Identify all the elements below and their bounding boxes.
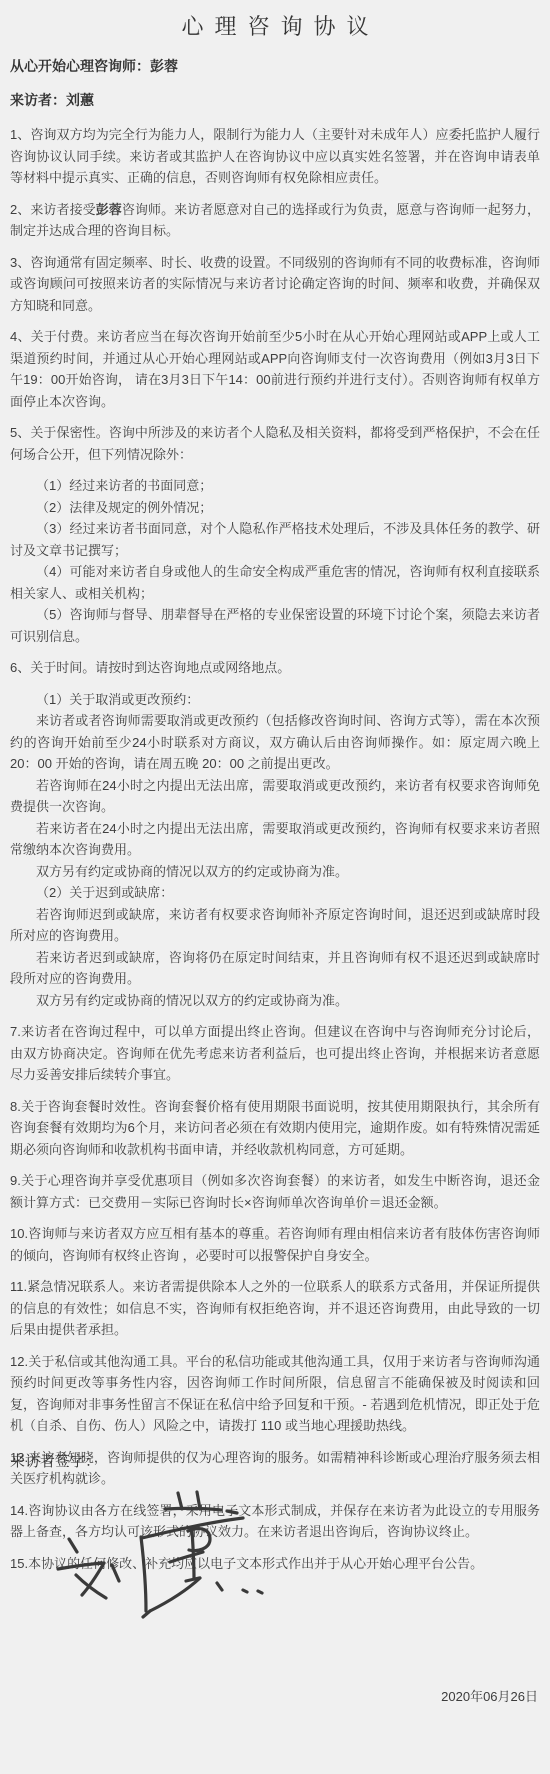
page-title: 心理咨询协议 xyxy=(10,10,540,41)
clause-paragraph: （1）关于取消或更改预约： xyxy=(10,689,540,711)
visitor-label: 来访者： xyxy=(10,92,66,108)
visitor-name: 刘蕙 xyxy=(66,92,94,108)
clause-paragraph: （3）经过来访者书面同意，对个人隐私作严格技术处理后，不涉及具体任务的教学、研讨… xyxy=(10,518,540,561)
visitor-line: 来访者：刘蕙 xyxy=(10,91,540,111)
clause-paragraph: （5）咨询师与督导、朋辈督导在严格的专业保密设置的环境下讨论个案，须隐去来访者可… xyxy=(10,604,540,647)
signature-label: 来访者签字： xyxy=(10,1450,100,1471)
clause-paragraph: （2）关于迟到或缺席： xyxy=(10,882,540,904)
clause-paragraph: 来访者或者咨询师需要取消或更改预约（包括修改咨询时间、咨询方式等），需在本次预约… xyxy=(10,710,540,775)
clause-paragraph: 6、关于时间。请按时到达咨询地点或网络地点。 xyxy=(10,657,540,679)
clause-paragraph: 12.关于私信或其他沟通工具。平台的私信功能或其他沟通工具，仅用于来访者与咨询师… xyxy=(10,1351,540,1437)
clause-paragraph: 5、关于保密性。咨询中所涉及的来访者个人隐私及相关资料，都将受到严格保护，不会在… xyxy=(10,422,540,465)
clause-paragraph: 若来访者在24小时之内提出无法出席，需要取消或更改预约，咨询师有权要求来访者照常… xyxy=(10,818,540,861)
clause-paragraph: 双方另有约定或协商的情况以双方的约定或协商为准。 xyxy=(10,861,540,883)
clause-paragraph: 1、咨询双方均为完全行为能力人，限制行为能力人（主要针对未成年人）应委托监护人履… xyxy=(10,124,540,189)
counselor-name-inline: 彭蓉 xyxy=(96,202,122,217)
clause-text: 2、来访者接受 xyxy=(10,202,96,217)
clause-paragraph: 若来访者迟到或缺席，咨询将仍在原定时间结束，并且咨询师有权不退还迟到或缺席时段所… xyxy=(10,947,540,990)
counselor-label: 从心开始心理咨询师： xyxy=(10,58,150,74)
agreement-body: 1、咨询双方均为完全行为能力人，限制行为能力人（主要针对未成年人）应委托监护人履… xyxy=(10,124,540,1574)
clause-paragraph: 9.关于心理咨询并享受优惠项目（例如多次咨询套餐）的来访者，如发生中断咨询，退还… xyxy=(10,1170,540,1213)
clause-paragraph: 双方另有约定或协商的情况以双方的约定或协商为准。 xyxy=(10,990,540,1012)
counselor-line: 从心开始心理咨询师：彭蓉 xyxy=(10,57,540,77)
clause-paragraph: 4、关于付费。来访者应当在每次咨询开始前至少5小时在从心开始心理网站或APP上或… xyxy=(10,326,540,412)
agreement-date: 2020年06月26日 xyxy=(441,1686,538,1705)
clause-paragraph: 若咨询师迟到或缺席，来访者有权要求咨询师补齐原定咨询时间，退还迟到或缺席时段所对… xyxy=(10,904,540,947)
clause-paragraph: 3、咨询通常有固定频率、时长、收费的设置。不同级别的咨询师有不同的收费标准，咨询… xyxy=(10,252,540,317)
clause-paragraph: （4）可能对来访者自身或他人的生命安全构成严重危害的情况，咨询师有权利直接联系相… xyxy=(10,561,540,604)
clause-paragraph: （1）经过来访者的书面同意； xyxy=(10,475,540,497)
clause-paragraph: 7.来访者在咨询过程中，可以单方面提出终止咨询。但建议在咨询中与咨询师充分讨论后… xyxy=(10,1021,540,1086)
counselor-name: 彭蓉 xyxy=(150,58,178,74)
visitor-signature xyxy=(40,1480,280,1645)
clause-paragraph: 8.关于咨询套餐时效性。咨询套餐价格有使用期限书面说明，按其使用期限执行，其余所… xyxy=(10,1096,540,1161)
clause-paragraph: 2、来访者接受彭蓉咨询师。来访者愿意对自己的选择或行为负责，愿意与咨询师一起努力… xyxy=(10,199,540,242)
clause-paragraph: 若咨询师在24小时之内提出无法出席，需要取消或更改预约，来访者有权要求咨询师免费… xyxy=(10,775,540,818)
agreement-page: 心理咨询协议 从心开始心理咨询师：彭蓉 来访者：刘蕙 1、咨询双方均为完全行为能… xyxy=(0,0,550,1774)
clause-paragraph: （2）法律及规定的例外情况； xyxy=(10,497,540,519)
clause-paragraph: 11.紧急情况联系人。来访者需提供除本人之外的一位联系人的联系方式备用，并保证所… xyxy=(10,1276,540,1341)
clause-paragraph: 10.咨询师与来访者双方应互相有基本的尊重。若咨询师有理由相信来访者有肢体伤害咨… xyxy=(10,1223,540,1266)
